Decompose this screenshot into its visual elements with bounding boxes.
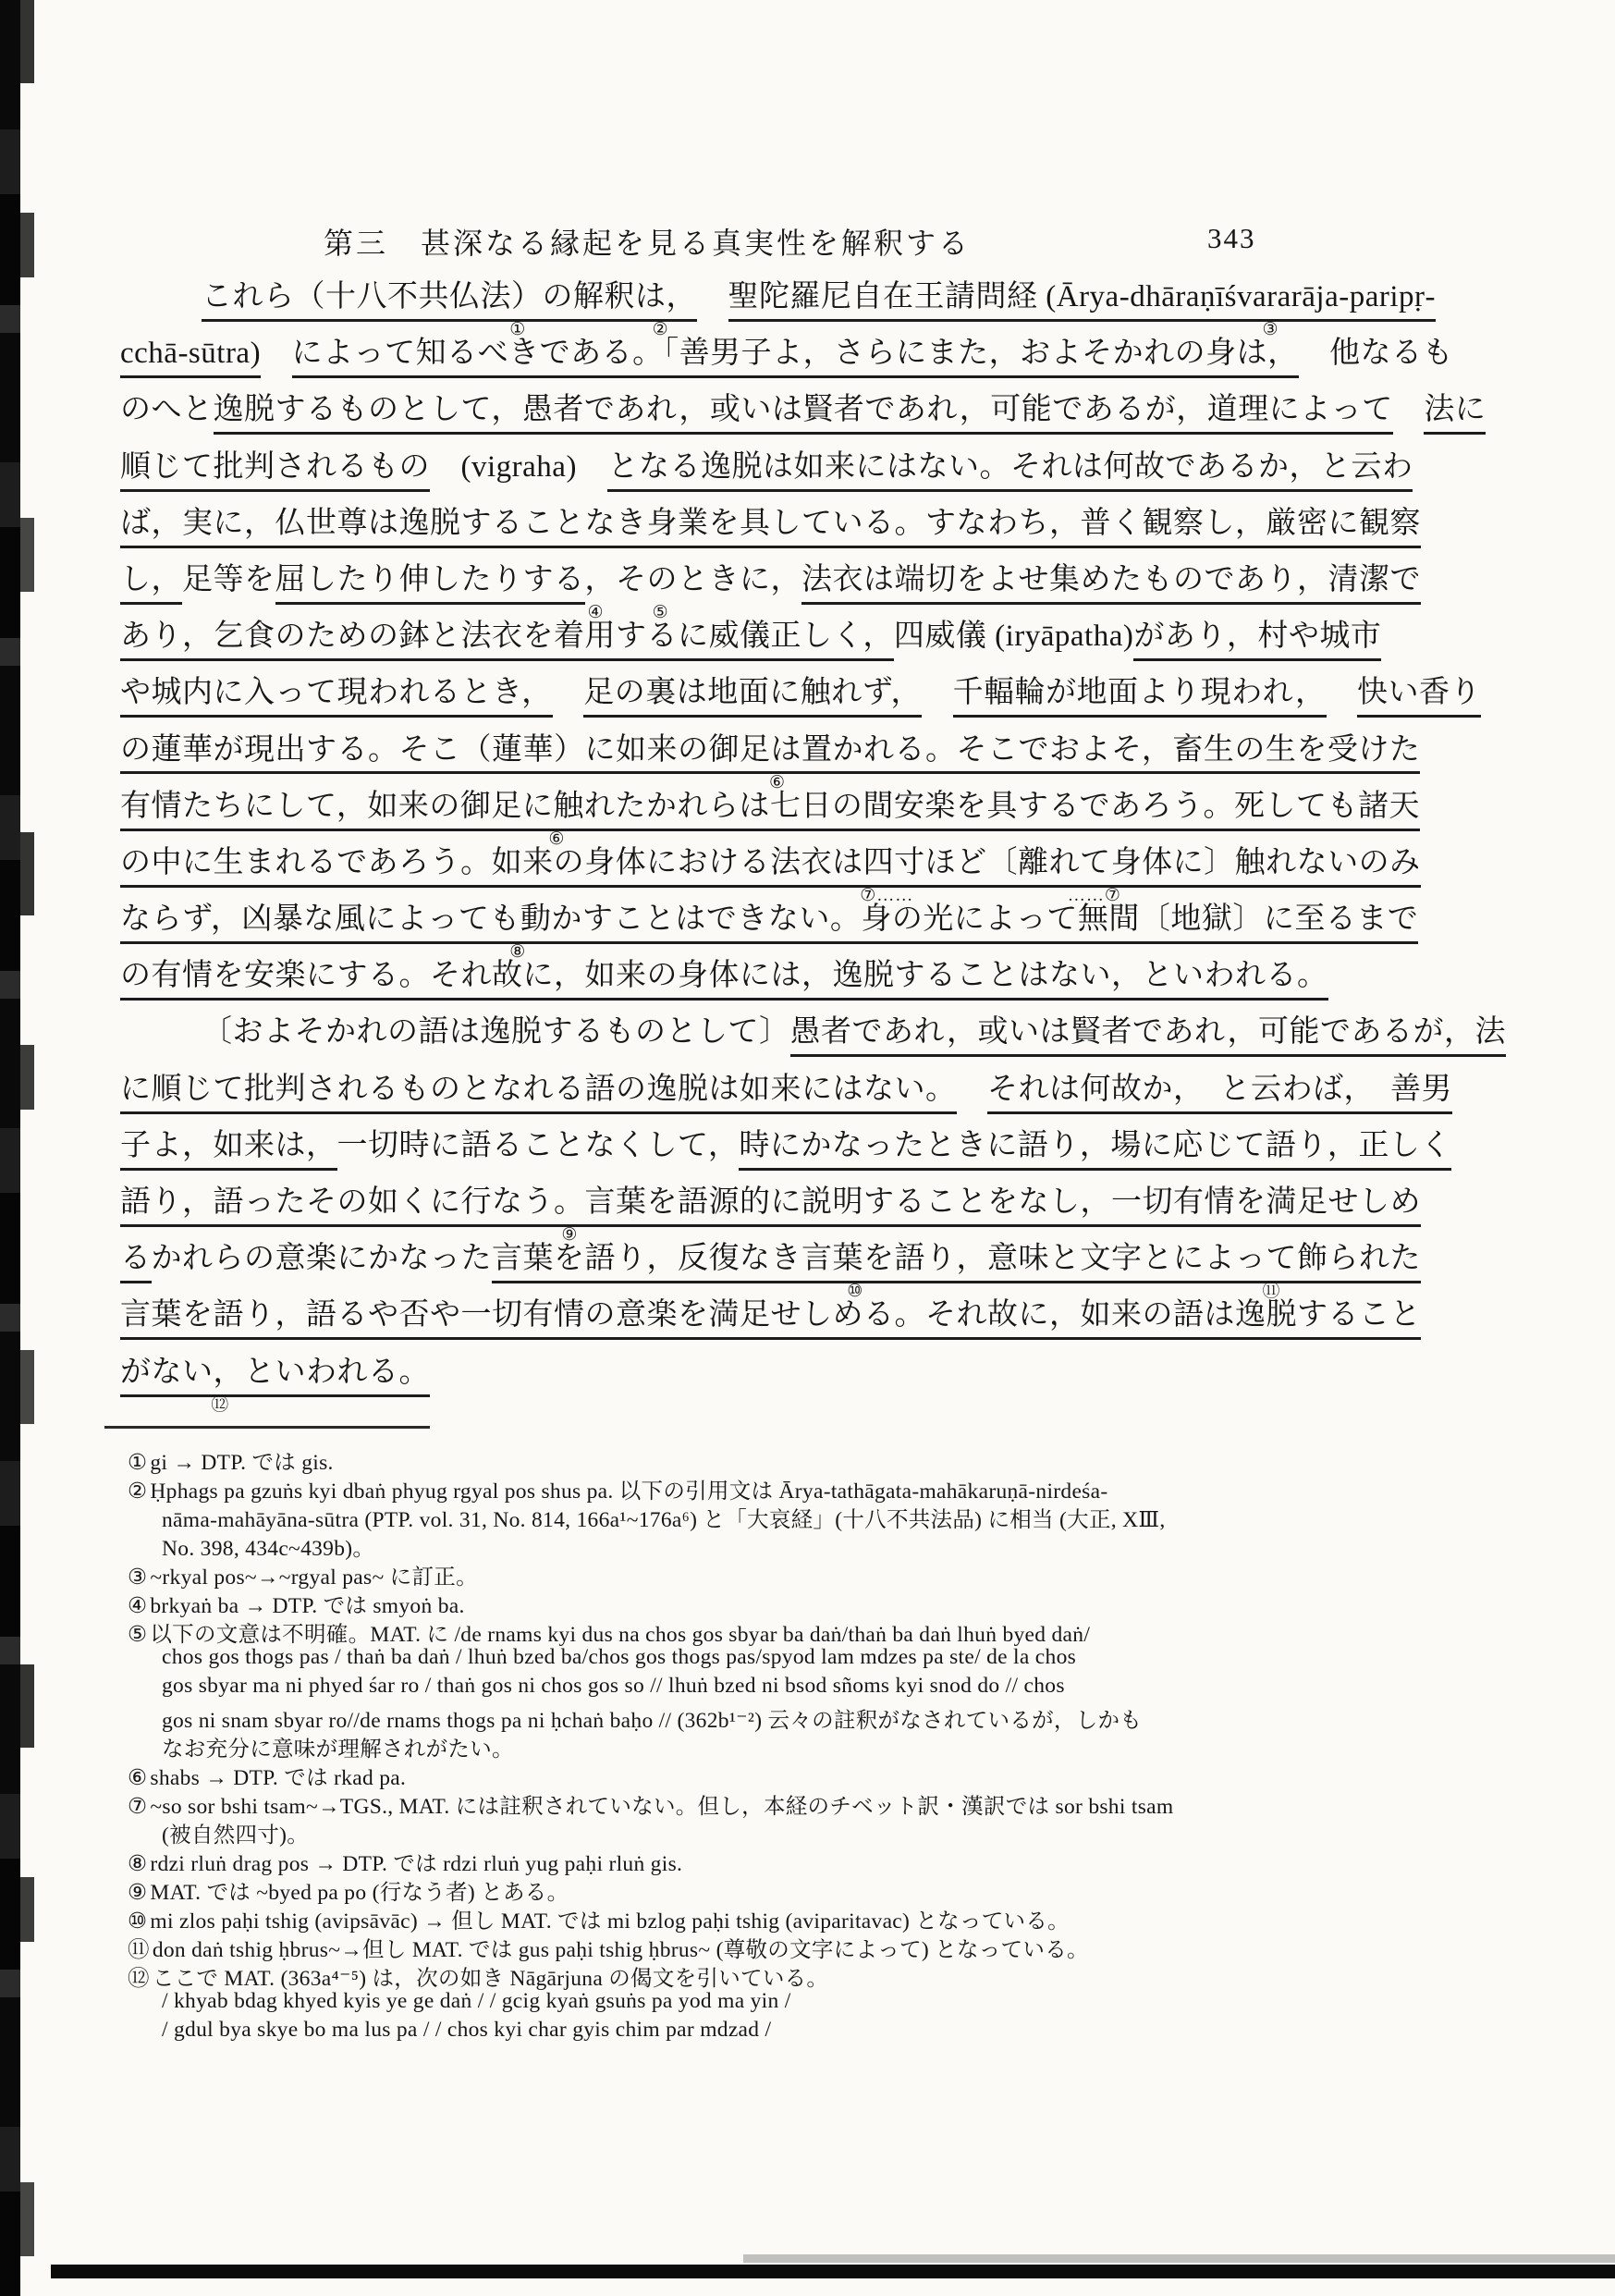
scan-edge-bottom-artifact: [51, 2265, 1615, 2278]
body-line: これら（十八不共仏法）の解釈は， 聖陀羅尼自在王請問経 (Ārya-dhāraṇ…: [120, 279, 1418, 336]
underlined-text: 順じて批判されるもの: [120, 449, 430, 492]
body-line: の中に生まれるであろう。如来の身体における法衣は四寸ほど〔離れて身体に〕触れない…: [120, 845, 1418, 902]
footnote-text: / gdul bya skye bo ma lus pa / / chos ky…: [162, 2018, 771, 2042]
body-line: あり，乞食のための鉢と法衣を着用するに威儀正しく，四威儀 (iryāpatha)…: [120, 619, 1418, 675]
footnote-line: ⑥shabs → DTP. では rkad pa.: [128, 1760, 1459, 1788]
scan-bottom-smear-artifact: [743, 2254, 1615, 2263]
footnote-number: ⑤: [128, 1623, 147, 1647]
footnote-number: ⑦: [128, 1795, 147, 1819]
underlined-text: 屈したり伸したりする: [275, 562, 585, 605]
footnote-separator: [104, 1426, 430, 1429]
plain-text: [1327, 675, 1358, 711]
body-line: 〔およそかれの語は逸脱するものとして〕愚者であれ，或いは賢者であれ，可能であるが…: [120, 1014, 1418, 1071]
footnote-text: chos gos thogs pas / thaṅ ba daṅ / lhuṅ …: [162, 1645, 1076, 1669]
footnote-line: ⑧rdzi rluṅ drag pos → DTP. では rdzi rluṅ …: [128, 1846, 1459, 1874]
underlined-text: それは何故か， と云わば， 善男: [987, 1072, 1452, 1114]
underlined-text: 法衣は端切をよせ集めたものであり，清潔で: [801, 562, 1421, 605]
underlined-text: 言葉を語り，語るや否や一切有情の意楽を満足せしめる。それ故に，如来の語は逸脱する…: [120, 1297, 1421, 1340]
footnotes: ①gi → DTP. では gis.②Ḥphags pa gzuṅs kyi d…: [128, 1444, 1459, 2046]
body-line: の蓮華が現出する。そこ（蓮華）に如来の御足は置かれる。そこでおよそ，畜生の生を受…: [120, 732, 1418, 789]
footnote-text: / khyab bdag khyed kyis ye ge daṅ / / gc…: [162, 1989, 791, 2013]
footnote-text: なお充分に意味が理解されがたい。: [162, 1737, 514, 1762]
footnote-line: ⑪don daṅ tshig ḥbrus~→但し MAT. では gus paḥ…: [128, 1932, 1459, 1960]
underlined-text: 言葉を語源的に説明することをなし，一切有情を満足せしめ: [585, 1185, 1422, 1227]
footnote-line: (被自然四寸)。: [128, 1817, 1459, 1846]
footnote-line: ④brkyaṅ ba → DTP. では smyoṅ ba.: [128, 1588, 1459, 1616]
footnote-number: ⑩: [128, 1909, 147, 1934]
body-line: ば，実に，仏世尊は逸脱することなき身業を具している。すなわち，普く観察し，厳密に…: [120, 506, 1418, 562]
underlined-text: ならず，凶暴な風によっても動かすことはできない。: [120, 902, 861, 944]
scan-edge-left-speckle: [20, 0, 34, 2296]
body-line: 有情たちにして，如来の御足に触れたかれらは七日の間安楽を具するであろう。死しても…: [120, 789, 1418, 845]
footnote-text: gos ni snam sbyar ro//de rnams thogs pa …: [162, 1709, 1142, 1733]
footnote-text: No. 398, 434c~439b)。: [162, 1537, 374, 1561]
underlined-text: 有情たちにして，如来の御足に触れたかれらは七日の間安楽を具するであろう。死しても…: [120, 789, 1420, 831]
plain-text: [957, 1072, 988, 1108]
underlined-text: cchā-sūtra): [120, 336, 261, 378]
body-line: の有情を安楽にする。それ故に，如来の身体には，逸脱することはない，といわれる。: [120, 958, 1418, 1014]
body-line: のへと逸脱するものとして，愚者であれ，或いは賢者であれ，可能であるが，道理によっ…: [120, 392, 1418, 448]
underlined-text: 千輻輪が地面より現われ，: [953, 675, 1327, 718]
plain-text: [922, 675, 953, 711]
chapter-title: 第三 甚深なる縁起を見る真実性を解釈する: [324, 220, 971, 263]
underlined-text: 語り，語ったその如くに行なう。: [120, 1185, 585, 1227]
footnote-line: / khyab bdag khyed kyis ye ge daṅ / / gc…: [128, 1989, 1459, 2018]
page-header: 第三 甚深なる縁起を見る真実性を解釈する 343: [0, 220, 1615, 264]
footnote-line: ⑨MAT. では ~byed pa po (行なう者) とある。: [128, 1874, 1459, 1903]
underlined-text: の中に生まれるであろう。如来の身体における法衣は四寸ほど〔離れて身体に〕触れない…: [120, 845, 1421, 888]
plain-text: のへと: [120, 392, 214, 428]
body-line: ならず，凶暴な風によっても動かすことはできない。身の光によって無間〔地獄〕に至る…: [120, 902, 1418, 958]
footnote-line: ⑦~so sor bshi tsam~→TGS., MAT. には註釈されていな…: [128, 1788, 1459, 1817]
underlined-text: 足の裏は地面に触れず，: [583, 675, 922, 718]
underlined-text: 時にかなったときに語り，場に応じて語り，正しく: [739, 1128, 1451, 1171]
underlined-text: 聖陀羅尼自在王請問経 (Ārya-dhāraṇīśvararāja-paripṛ…: [728, 279, 1437, 322]
footnote-text: 以下の文意は不明確。MAT. に /de rnams kyi dus na ch…: [150, 1623, 1090, 1647]
footnote-line: No. 398, 434c~439b)。: [128, 1530, 1459, 1559]
footnote-text: nāma-mahāyāna-sūtra (PTP. vol. 31, No. 8…: [162, 1508, 1166, 1532]
underlined-text: これら（十八不共仏法）の解釈は，: [202, 279, 697, 322]
footnote-line: ⑫ここで MAT. (363a⁴⁻⁵) は，次の如き Nāgārjuna の偈文…: [128, 1960, 1459, 1989]
underlined-text: 逸脱するものとして，愚者であれ，或いは賢者であれ，可能であるが，道理によって: [214, 392, 1393, 435]
footnote-number: ⑨: [128, 1881, 147, 1905]
plain-text: かれらの意楽にかなった: [152, 1241, 493, 1277]
footnote-line: ⑩mi zlos paḥi tshig (avipsāvāc) → 但し MAT…: [128, 1903, 1459, 1932]
underlined-text: 法に: [1424, 392, 1486, 435]
footnote-text: ~so sor bshi tsam~→TGS., MAT. には註釈されていない…: [150, 1795, 1173, 1819]
underlined-text: 快い香り: [1357, 675, 1481, 718]
footnote-line: ①gi → DTP. では gis.: [128, 1444, 1459, 1473]
footnote-line: gos sbyar ma ni phyed śar ro / thaṅ gos …: [128, 1674, 1459, 1702]
underlined-text: 子よ，如来は，: [120, 1128, 337, 1171]
body-line: し，足等を屈したり伸したりする，そのときに，法衣は端切をよせ集めたものであり，清…: [120, 562, 1418, 619]
footnote-number: ⑪: [128, 1938, 150, 1962]
plain-text: 一切時に語ることなくして，: [337, 1128, 740, 1164]
footnote-line: chos gos thogs pas / thaṅ ba daṅ / lhuṅ …: [128, 1645, 1459, 1674]
footnote-text: gi → DTP. では gis.: [150, 1451, 333, 1475]
plain-text: 四威儀 (iryāpatha): [894, 619, 1134, 655]
footnote-number: ①: [128, 1451, 147, 1475]
footnote-line: ③~rkyal pos~→~rgyal pas~ に訂正。: [128, 1559, 1459, 1588]
body-line: cchā-sūtra) によって知るべきである。「善男子よ，さらにまた，およそか…: [120, 336, 1418, 392]
plain-text: [1393, 392, 1425, 428]
body-line: 子よ，如来は，一切時に語ることなくして，時にかなったときに語り，場に応じて語り，…: [120, 1128, 1418, 1185]
footnote-line: ⑤以下の文意は不明確。MAT. に /de rnams kyi dus na c…: [128, 1616, 1459, 1645]
footnote-text: mi zlos paḥi tshig (avipsāvāc) → 但し MAT.…: [150, 1909, 1070, 1934]
footnote-text: MAT. では ~byed pa po (行なう者) とある。: [150, 1881, 569, 1905]
body-line: 語り，語ったその如くに行なう。言葉を語源的に説明することをなし，一切有情を満足せ…: [120, 1185, 1418, 1241]
footnote-number: ⑥: [128, 1766, 147, 1790]
footnote-text: Ḥphags pa gzuṅs kyi dbaṅ phyug rgyal pos…: [150, 1480, 1107, 1504]
footnote-line: / gdul bya skye bo ma lus pa / / chos ky…: [128, 2018, 1459, 2046]
underlined-text: となる逸脱は如来にはない。それは何故であるか，と云わ: [607, 449, 1413, 492]
body-line: がない，といわれる。⑫: [120, 1355, 1418, 1411]
footnote-text: (被自然四寸)。: [162, 1823, 309, 1848]
body-line: るかれらの意楽にかなった言葉を語り，反復なき言葉を語り，意味と文字とによって飾ら…: [120, 1241, 1418, 1297]
scan-edge-left-artifact: [0, 0, 20, 2296]
underlined-text: る: [120, 1241, 152, 1283]
underlined-text: の蓮華が現出する。そこ（蓮華）に如来の御足は置かれる。そこでおよそ，畜生の生を受…: [120, 732, 1420, 775]
plain-text: [697, 279, 728, 315]
plain-text: 足等を: [182, 562, 275, 598]
underlined-text: 愚者であれ，或いは賢者であれ，可能であるが，法: [790, 1014, 1506, 1057]
underlined-text: ば，実に，仏世尊は逸脱することなき身業を具している。すなわち，普く観察し，厳密に…: [120, 506, 1421, 548]
underlined-text: 言葉を語り，反復なき言葉を語り，意味と文字とによって飾られた: [492, 1241, 1421, 1283]
underlined-text: 身の光によって無間〔地獄〕に至るまで: [861, 902, 1418, 944]
footnote-text: ~rkyal pos~→~rgyal pas~ に訂正。: [150, 1565, 478, 1590]
footnote-number: ⑫: [128, 1967, 150, 1991]
body-line: 順じて批判されるもの (vigraha) となる逸脱は如来にはない。それは何故で…: [120, 449, 1418, 506]
body-text: これら（十八不共仏法）の解釈は， 聖陀羅尼自在王請問経 (Ārya-dhāraṇ…: [120, 279, 1418, 1411]
plain-text: [261, 336, 292, 372]
page-number: 343: [1207, 222, 1256, 255]
underlined-text: があり，村や城市: [1133, 619, 1381, 661]
underlined-text: し，: [120, 562, 182, 605]
body-line: や城内に入って現われるとき， 足の裏は地面に触れず， 千輻輪が地面より現われ， …: [120, 675, 1418, 731]
body-line: に順じて批判されるものとなれる語の逸脱は如来にはない。 それは何故か， と云わば…: [120, 1072, 1418, 1128]
footnote-text: rdzi rluṅ drag pos → DTP. では rdzi rluṅ y…: [150, 1852, 682, 1876]
scanned-page: 第三 甚深なる縁起を見る真実性を解釈する 343 これら（十八不共仏法）の解釈は…: [0, 0, 1615, 2296]
footnote-number: ②: [128, 1480, 147, 1504]
footnote-number: ⑧: [128, 1852, 147, 1876]
footnote-text: shabs → DTP. では rkad pa.: [150, 1766, 406, 1790]
plain-text: (vigraha): [430, 449, 607, 485]
footnote-line: なお充分に意味が理解されがたい。: [128, 1731, 1459, 1760]
footnote-marker: ⑫: [211, 1395, 229, 1416]
footnote-text: brkyaṅ ba → DTP. では smyoṅ ba.: [150, 1594, 464, 1618]
footnote-line: gos ni snam sbyar ro//de rnams thogs pa …: [128, 1702, 1459, 1731]
footnote-number: ③: [128, 1565, 147, 1590]
underlined-text: あり，乞食のための鉢と法衣を着用するに威儀正しく，: [120, 619, 894, 661]
plain-text: [553, 675, 584, 711]
body-line: 言葉を語り，語るや否や一切有情の意楽を満足せしめる。それ故に，如来の語は逸脱する…: [120, 1297, 1418, 1354]
underlined-text: によって知るべきである。「善男子よ，さらにまた，およそかれの身は，: [292, 336, 1299, 378]
footnote-text: gos sbyar ma ni phyed śar ro / thaṅ gos …: [162, 1674, 1065, 1698]
footnote-line: ②Ḥphags pa gzuṅs kyi dbaṅ phyug rgyal po…: [128, 1473, 1459, 1502]
footnote-number: ④: [128, 1594, 147, 1618]
plain-text: 〔およそかれの語は逸脱するものとして〕: [202, 1014, 790, 1050]
plain-text: 他なるも: [1299, 336, 1454, 372]
footnote-text: ここで MAT. (363a⁴⁻⁵) は，次の如き Nāgārjuna の偈文を…: [153, 1967, 828, 1991]
underlined-text: の有情を安楽にする。それ故に，如来の身体には，逸脱することはない，といわれる。: [120, 958, 1328, 1001]
footnote-line: nāma-mahāyāna-sūtra (PTP. vol. 31, No. 8…: [128, 1502, 1459, 1530]
underlined-text: や城内に入って現われるとき，: [120, 675, 553, 718]
underlined-text: に順じて批判されるものとなれる語の逸脱は如来にはない。: [120, 1072, 957, 1114]
underlined-text: がない，といわれる。: [120, 1355, 430, 1397]
footnote-text: don daṅ tshig ḥbrus~→但し MAT. では gus paḥi…: [153, 1938, 1089, 1962]
plain-text: ，そのときに，: [585, 562, 802, 598]
